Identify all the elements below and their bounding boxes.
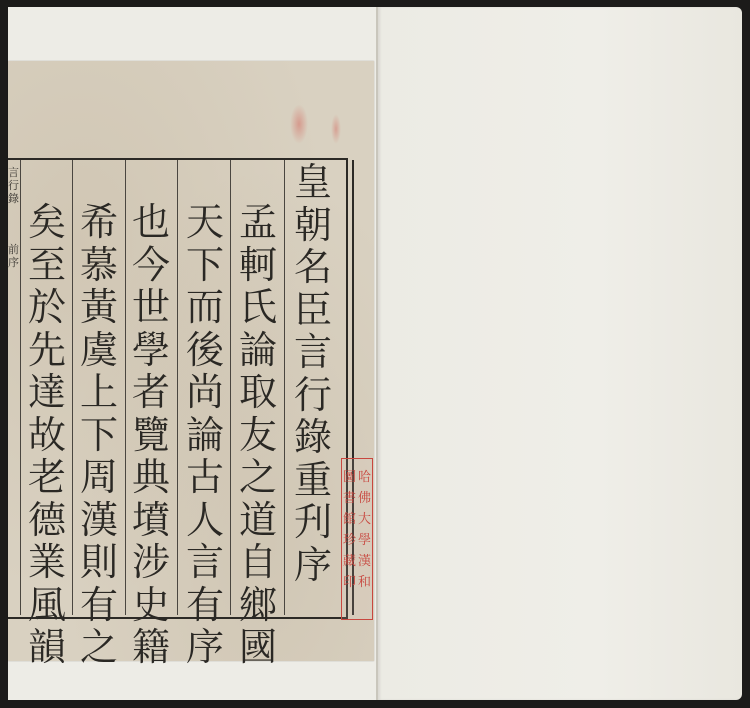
char: 臣 (294, 289, 332, 332)
seal-char: 學 (358, 530, 371, 551)
char: 韻 (28, 626, 66, 669)
text-column: 希 慕 黃 虞 上 下 周 漢 則 有 之 (74, 201, 124, 669)
char: 國 (239, 626, 277, 669)
char: 風 (28, 584, 66, 627)
char: 有 (186, 584, 224, 627)
seal-char: 圖 (343, 467, 356, 488)
banxin-char: 序 (8, 256, 19, 269)
text-column: 也 今 世 學 者 覽 典 墳 涉 史 籍 (126, 201, 176, 669)
char: 下 (186, 244, 224, 287)
banxin-char: 錄 (8, 192, 19, 205)
column-divider (20, 160, 21, 615)
column-divider (284, 160, 285, 615)
char: 上 (80, 371, 118, 414)
char: 也 (132, 201, 170, 244)
char: 周 (80, 456, 118, 499)
seal-char: 藏 (343, 551, 356, 572)
char: 墳 (132, 499, 170, 542)
char: 矣 (28, 201, 66, 244)
banxin-title: 言 行 錄 (8, 166, 20, 205)
char: 漢 (80, 499, 118, 542)
seal-char: 漢 (358, 551, 371, 572)
char: 學 (132, 329, 170, 372)
char: 下 (80, 414, 118, 457)
banxin-section: 前 序 (8, 243, 20, 269)
char: 軻 (239, 244, 277, 287)
text-column: 矣 至 於 先 達 故 老 德 業 風 韻 (22, 201, 72, 669)
char: 之 (80, 626, 118, 669)
seal-char: 哈 (358, 467, 371, 488)
char: 道 (239, 499, 277, 542)
seal-char: 大 (358, 509, 371, 530)
char: 者 (132, 371, 170, 414)
seal-column: 哈 佛 大 學 漢 和 (357, 459, 372, 619)
char: 則 (80, 541, 118, 584)
char: 朝 (294, 204, 332, 247)
text-column: 孟 軻 氏 論 取 友 之 道 自 鄉 國 (233, 201, 283, 669)
char: 老 (28, 456, 66, 499)
char: 行 (294, 374, 332, 417)
char: 名 (294, 246, 332, 289)
char: 於 (28, 286, 66, 329)
char: 序 (294, 544, 332, 587)
right-blank-page (378, 7, 742, 700)
seal-char: 和 (358, 572, 371, 593)
char: 涉 (132, 541, 170, 584)
column-divider (72, 160, 73, 615)
seal-char: 珍 (343, 530, 356, 551)
char: 虞 (80, 329, 118, 372)
char: 鄉 (239, 584, 277, 627)
char: 至 (28, 244, 66, 287)
char: 取 (239, 371, 277, 414)
char: 刋 (294, 501, 332, 544)
char: 自 (239, 541, 277, 584)
char: 而 (186, 286, 224, 329)
char: 有 (80, 584, 118, 627)
banxin-char: 行 (8, 179, 19, 192)
char: 典 (132, 456, 170, 499)
seal-char: 館 (343, 509, 356, 530)
char: 籍 (132, 626, 170, 669)
banxin-char: 言 (8, 166, 19, 179)
char: 希 (80, 201, 118, 244)
char: 慕 (80, 244, 118, 287)
char: 論 (239, 329, 277, 372)
red-ink-stain (290, 104, 308, 144)
char: 之 (239, 456, 277, 499)
char: 論 (186, 414, 224, 457)
char: 錄 (294, 416, 332, 459)
char: 言 (294, 331, 332, 374)
fold-margin-banxin: 言 行 錄 前 序 (8, 160, 20, 615)
char: 覽 (132, 414, 170, 457)
text-column: 天 下 而 後 尚 論 古 人 言 有 序 (180, 201, 230, 669)
char: 今 (132, 244, 170, 287)
library-ownership-seal: 哈 佛 大 學 漢 和 圖 書 館 珍 藏 印 (341, 458, 373, 620)
red-ink-stain (331, 114, 341, 144)
seal-char: 書 (343, 488, 356, 509)
char: 天 (186, 201, 224, 244)
char: 氏 (239, 286, 277, 329)
char: 先 (28, 329, 66, 372)
seal-column: 圖 書 館 珍 藏 印 (342, 459, 357, 619)
char: 達 (28, 371, 66, 414)
column-divider (177, 160, 178, 615)
char: 史 (132, 584, 170, 627)
seal-char: 印 (343, 572, 356, 593)
char: 言 (186, 541, 224, 584)
char: 古 (186, 456, 224, 499)
printed-page: 言 行 錄 前 序 皇 朝 名 臣 言 行 錄 重 刋 序 孟 軻 氏 論 取 … (8, 61, 374, 661)
char: 皇 (294, 161, 332, 204)
char: 黃 (80, 286, 118, 329)
char: 尚 (186, 371, 224, 414)
text-column-title: 皇 朝 名 臣 言 行 錄 重 刋 序 (288, 161, 338, 586)
char: 人 (186, 499, 224, 542)
char: 重 (294, 459, 332, 502)
seal-char: 佛 (358, 488, 371, 509)
banxin-char: 前 (8, 243, 19, 256)
char: 故 (28, 414, 66, 457)
char: 世 (132, 286, 170, 329)
char: 業 (28, 541, 66, 584)
char: 孟 (239, 201, 277, 244)
char: 德 (28, 499, 66, 542)
column-divider (230, 160, 231, 615)
char: 友 (239, 414, 277, 457)
char: 序 (186, 626, 224, 669)
char: 後 (186, 329, 224, 372)
